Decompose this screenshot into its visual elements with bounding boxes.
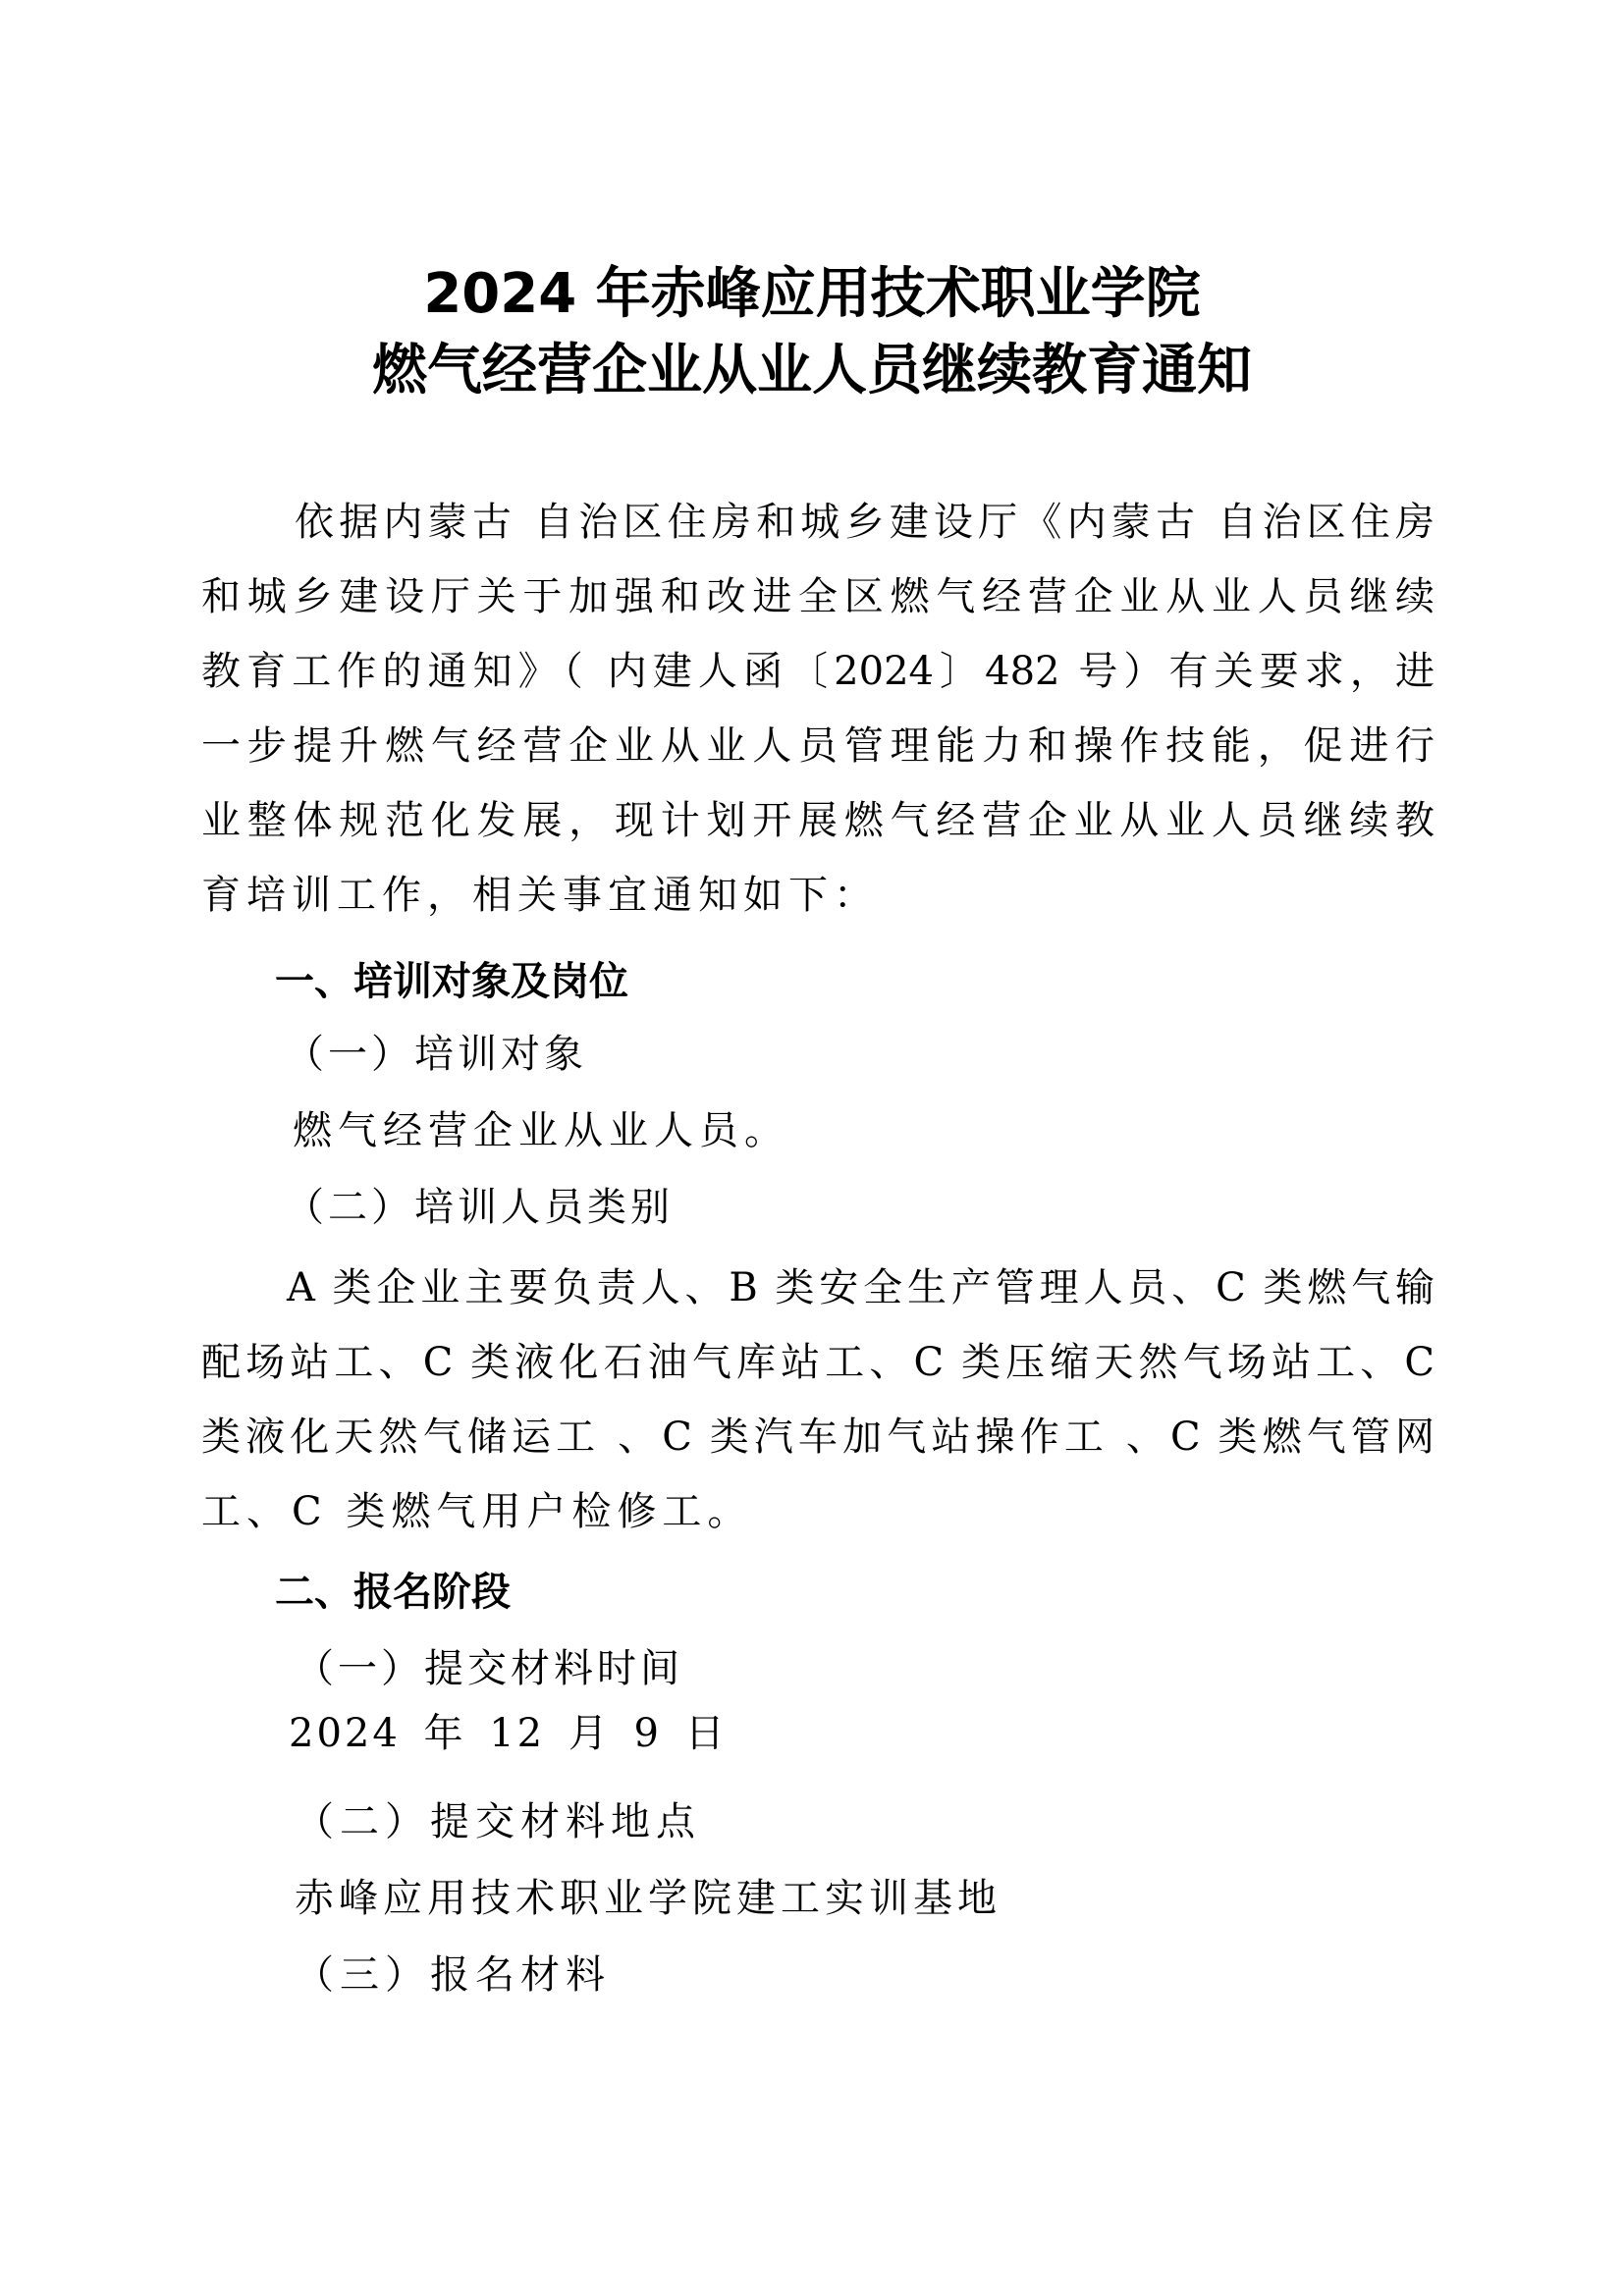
categories-line-3: 类液化天然气储运工 、C 类汽车加气站操作工 、C 类燃气管网	[201, 1417, 1435, 1457]
section-2-sub-3-heading: （三）报名材料	[295, 1955, 611, 1995]
document-title-line-2: 燃气经营企业从业人员继续教育通知	[0, 344, 1624, 399]
section-1-heading: 一、培训对象及岗位	[275, 962, 628, 1001]
section-2-sub-2-heading: （二）提交材料地点	[295, 1802, 701, 1842]
document-title-line-1: 2024 年赤峰应用技术职业学院	[0, 267, 1624, 322]
intro-line-6: 育培训工作，相关事宜通知如下：	[201, 876, 879, 915]
categories-line-4: 工、C 类燃气用户检修工。	[201, 1492, 752, 1531]
submission-location: 赤峰应用技术职业学院建工实训基地	[295, 1879, 1001, 1918]
intro-line-2: 和城乡建设厅关于加强和改进全区燃气经营企业从业人员继续	[201, 577, 1435, 616]
section-2-heading: 二、报名阶段	[275, 1573, 511, 1612]
intro-line-5: 业整体规范化发展，现计划开展燃气经营企业从业人员继续教	[201, 801, 1435, 840]
section-2-sub-1-heading: （一）提交材料时间	[295, 1649, 683, 1688]
submission-date: 2024 年 12 月 9 日	[289, 1714, 728, 1753]
section-1-sub-1-text: 燃气经营企业从业人员。	[293, 1111, 789, 1150]
categories-line-2: 配场站工、C 类液化石油气库站工、C 类压缩天然气场站工、C	[201, 1343, 1435, 1382]
intro-line-3: 教育工作的通知》（ 内建人函〔2024〕482 号）有关要求，进	[201, 652, 1435, 691]
intro-line-4: 一步提升燃气经营企业从业人员管理能力和操作技能，促进行	[201, 726, 1435, 766]
section-1-sub-2-heading: （二）培训人员类别	[285, 1188, 674, 1227]
section-1-sub-1-heading: （一）培训对象	[285, 1035, 587, 1074]
intro-line-1: 依据内蒙古 自治区住房和城乡建设厅《内蒙古 自治区住房	[295, 503, 1435, 542]
categories-line-1: A 类企业主要负责人、B 类安全生产管理人员、C 类燃气输	[287, 1268, 1435, 1308]
